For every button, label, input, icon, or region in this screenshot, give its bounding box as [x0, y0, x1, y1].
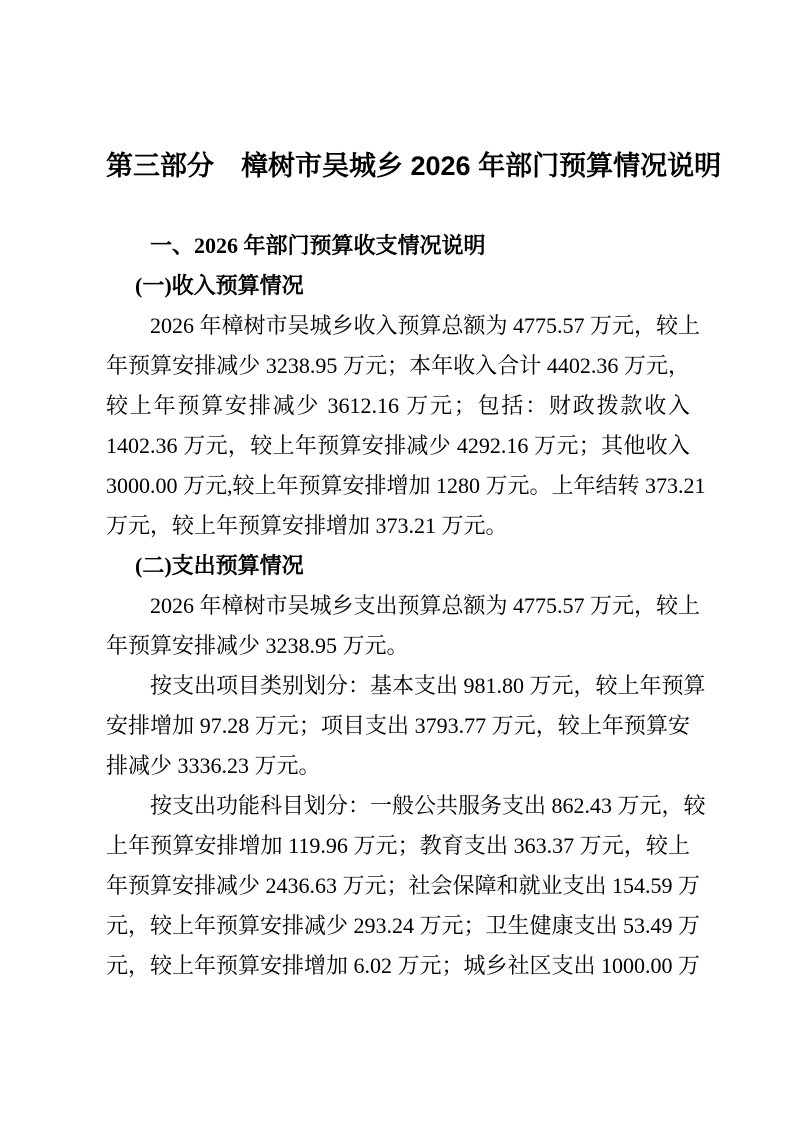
income-paragraph-line: 3000.00 万元,较上年预算安排增加 1280 万元。上年结转 373.21 — [106, 466, 690, 506]
income-paragraph-line: 较上年预算安排减少 3612.16 万元；包括：财政拨款收入 — [106, 386, 690, 426]
expense-by-category-line: 安排增加 97.28 万元；项目支出 3793.77 万元，较上年预算安 — [106, 706, 690, 746]
expense-by-category-line: 排减少 3336.23 万元。 — [106, 746, 690, 786]
expense-by-function-line: 按支出功能科目划分：一般公共服务支出 862.43 万元，较 — [106, 786, 690, 826]
income-subheading: (一)收入预算情况 — [106, 266, 690, 306]
expense-total-line: 2026 年樟树市吴城乡支出预算总额为 4775.57 万元，较上 — [106, 586, 690, 626]
income-paragraph-line: 2026 年樟树市吴城乡收入预算总额为 4775.57 万元，较上 — [106, 306, 690, 346]
expense-by-function-line: 元，较上年预算安排增加 6.02 万元；城乡社区支出 1000.00 万 — [106, 946, 690, 986]
document-title: 第三部分 樟树市吴城乡 2026 年部门预算情况说明 — [106, 146, 690, 186]
income-paragraph-line: 万元，较上年预算安排增加 373.21 万元。 — [106, 506, 690, 546]
expense-by-category-line: 按支出项目类别划分：基本支出 981.80 万元，较上年预算 — [106, 666, 690, 706]
income-paragraph-line: 1402.36 万元，较上年预算安排减少 4292.16 万元；其他收入 — [106, 426, 690, 466]
income-paragraph-line: 年预算安排减少 3238.95 万元；本年收入合计 4402.36 万元， — [106, 346, 690, 386]
expense-total-line: 年预算安排减少 3238.95 万元。 — [106, 626, 690, 666]
section-heading-budget-overview: 一、2026 年部门预算收支情况说明 — [106, 226, 690, 266]
expense-by-function-line: 上年预算安排增加 119.96 万元；教育支出 363.37 万元，较上 — [106, 826, 690, 866]
expense-subheading: (二)支出预算情况 — [106, 546, 690, 586]
document-page: 第三部分 樟树市吴城乡 2026 年部门预算情况说明 一、2026 年部门预算收… — [0, 0, 793, 1122]
expense-by-function-line: 年预算安排减少 2436.63 万元；社会保障和就业支出 154.59 万 — [106, 866, 690, 906]
expense-by-function-line: 元，较上年预算安排减少 293.24 万元；卫生健康支出 53.49 万 — [106, 906, 690, 946]
blank-line — [106, 186, 690, 226]
